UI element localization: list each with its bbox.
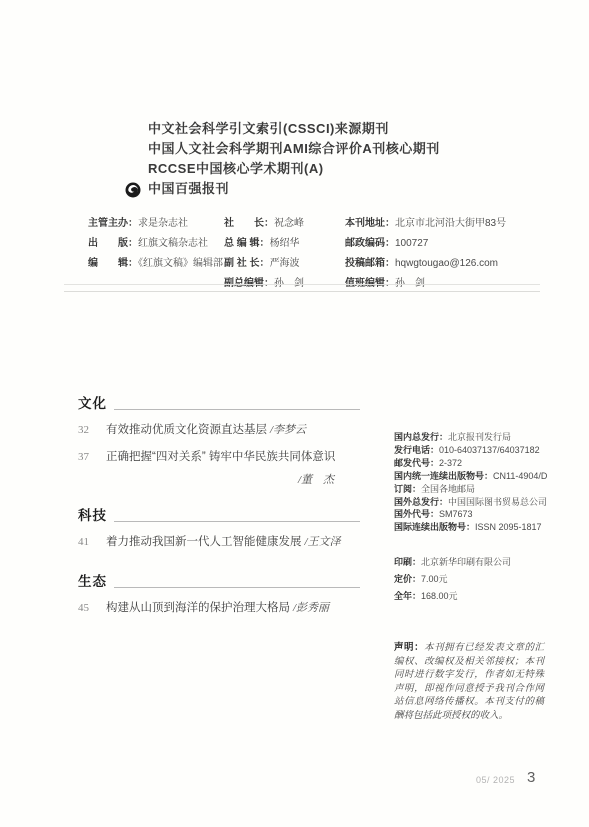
masthead-line: 邮政编码：100727: [345, 234, 506, 254]
masthead-column-publisher: 主管主办：求是杂志社 出 版：红旗文稿杂志社 编 辑：《红旗文稿》编辑部: [88, 214, 223, 274]
entry-author-row: /董 杰: [78, 469, 360, 490]
field-value: 北京市北河沿大街甲83号: [395, 218, 506, 229]
masthead-line: 副 社 长：严海波: [224, 254, 304, 274]
entry-title: 有效推动优质文化资源直达基层: [106, 417, 267, 444]
toc-section-culture: 文化 32 有效推动优质文化资源直达基层 /李梦云 37 正确把握“四对关系” …: [78, 391, 360, 490]
statement-text: 本刊拥有已经发表文章的汇编权、改编权及相关邻接权；本刊同时进行数字发行，作者如无…: [394, 643, 544, 721]
field-value: 严海波: [270, 258, 300, 269]
field-value: 红旗文稿杂志社: [138, 238, 208, 249]
honors-list: 中文社会科学引文索引(CSSCI)来源期刊 中国人文社会科学期刊AMI综合评价A…: [148, 119, 440, 199]
entry-title: 构建从山顶到海洋的保护治理大格局: [106, 595, 290, 622]
field-label: 出 版：: [88, 238, 138, 249]
info-line: 全年：168.00元: [394, 588, 546, 605]
field-label: 编 辑：: [88, 258, 138, 269]
field-value: 中国国际图书贸易总公司: [448, 497, 547, 507]
field-value: SM7673: [439, 509, 473, 519]
divider-rule: [64, 284, 540, 285]
section-heading: 文化: [78, 391, 360, 412]
toc-entry[interactable]: 41 着力推动我国新一代人工智能健康发展 /王文泽: [78, 529, 360, 556]
masthead-line: 编 辑：《红旗文稿》编辑部: [88, 254, 223, 274]
masthead-line: 投稿邮箱：hqwgtougao@126.com: [345, 254, 506, 274]
field-label: 总 编 辑：: [224, 238, 270, 249]
entry-author: /李梦云: [270, 417, 306, 444]
field-label: 国外代号：: [394, 509, 439, 519]
field-label: 全年：: [394, 591, 421, 601]
masthead-line: 主管主办：求是杂志社: [88, 214, 223, 234]
honor-badge-label: 中国百强报刊: [148, 179, 229, 199]
page-number: 3: [527, 769, 535, 786]
printing-block: 印刷：北京新华印刷有限公司 定价：7.00元 全年：168.00元: [394, 554, 546, 605]
field-value: 100727: [395, 238, 428, 249]
field-label: 投稿邮箱：: [345, 258, 395, 269]
field-label: 印刷：: [394, 557, 421, 567]
info-line: 国内统一连续出版物号：CN11-4904/D: [394, 470, 546, 483]
entry-page-number: 41: [78, 529, 106, 556]
info-line: 印刷：北京新华印刷有限公司: [394, 554, 546, 571]
field-value: CN11-4904/D: [493, 471, 547, 481]
entry-title: 着力推动我国新一代人工智能健康发展: [106, 529, 302, 556]
masthead-line: 出 版：红旗文稿杂志社: [88, 234, 223, 254]
field-label: 国外总发行：: [394, 497, 448, 507]
entry-page-number: 37: [78, 444, 106, 471]
honor-line: RCCSE中国核心学术期刊(A): [148, 159, 440, 179]
publication-info: 国内总发行：北京报刊发行局 发行电话：010-64037137/64037182…: [394, 431, 546, 723]
info-line: 国外代号：SM7673: [394, 508, 546, 521]
field-value: 7.00元: [421, 574, 448, 584]
info-line: 定价：7.00元: [394, 571, 546, 588]
field-label: 国内统一连续出版物号：: [394, 471, 493, 481]
section-title: 生态: [78, 570, 107, 590]
field-value: 全国各地邮局: [421, 484, 475, 494]
honor-line: 中文社会科学引文索引(CSSCI)来源期刊: [148, 119, 440, 139]
section-rule: [114, 587, 360, 588]
field-value: 010-64037137/64037182: [439, 445, 540, 455]
entry-page-number: 45: [78, 595, 106, 622]
field-label: 副 社 长：: [224, 258, 270, 269]
entry-author: /彭秀丽: [293, 595, 329, 622]
info-line: 发行电话：010-64037137/64037182: [394, 444, 546, 457]
field-value: 北京报刊发行局: [448, 432, 511, 442]
section-rule: [114, 409, 360, 410]
table-of-contents: 文化 32 有效推动优质文化资源直达基层 /李梦云 37 正确把握“四对关系” …: [78, 391, 360, 635]
field-value: 《红旗文稿》编辑部: [138, 258, 223, 269]
masthead-line: 总 编 辑：杨绍华: [224, 234, 304, 254]
info-line: 国外总发行：中国国际图书贸易总公司: [394, 496, 546, 509]
divider-rule: [64, 291, 540, 292]
field-label: 社 长：: [224, 218, 274, 229]
field-label: 定价：: [394, 574, 421, 584]
entry-author: /王文泽: [305, 529, 341, 556]
field-label: 国内总发行：: [394, 432, 448, 442]
field-value: 杨绍华: [270, 238, 300, 249]
info-line: 国内总发行：北京报刊发行局: [394, 431, 546, 444]
honor-line: 中国人文社会科学期刊AMI综合评价A刊核心期刊: [148, 139, 440, 159]
field-value: 求是杂志社: [138, 218, 188, 229]
issue-number: 05/ 2025: [476, 775, 515, 785]
masthead-column-editors: 社 长：祝念峰 总 编 辑：杨绍华 副 社 长：严海波 副总编辑：孙 剑: [224, 214, 304, 294]
hundred-strongest-seal-icon: [125, 182, 141, 198]
masthead-line: 社 长：祝念峰: [224, 214, 304, 234]
masthead-column-contact: 本刊地址：北京市北河沿大街甲83号 邮政编码：100727 投稿邮箱：hqwgt…: [345, 214, 506, 294]
field-label: 本刊地址：: [345, 218, 395, 229]
section-heading: 生态: [78, 569, 360, 590]
field-value: hqwgtougao@126.com: [395, 258, 498, 269]
field-value: ISSN 2095-1817: [475, 522, 542, 532]
info-line: 国际连续出版物号：ISSN 2095-1817: [394, 521, 546, 534]
copyright-statement: 声明：本刊拥有已经发表文章的汇编权、改编权及相关邻接权；本刊同时进行数字发行，作…: [394, 641, 544, 723]
section-title: 科技: [78, 504, 107, 524]
masthead-line: 本刊地址：北京市北河沿大街甲83号: [345, 214, 506, 234]
toc-entry[interactable]: 37 正确把握“四对关系” 铸牢中华民族共同体意识: [78, 444, 360, 471]
toc-section-ecology: 生态 45 构建从山顶到海洋的保护治理大格局 /彭秀丽: [78, 569, 360, 622]
field-label: 订阅：: [394, 484, 421, 494]
honor-badge-row: 中国百强报刊: [148, 179, 440, 199]
toc-entry[interactable]: 32 有效推动优质文化资源直达基层 /李梦云: [78, 417, 360, 444]
field-value: 祝念峰: [274, 218, 304, 229]
distribution-block: 国内总发行：北京报刊发行局 发行电话：010-64037137/64037182…: [394, 431, 546, 534]
field-label: 邮政编码：: [345, 238, 395, 249]
journal-contents-page: 中文社会科学引文索引(CSSCI)来源期刊 中国人文社会科学期刊AMI综合评价A…: [0, 0, 589, 827]
field-value: 168.00元: [421, 591, 458, 601]
info-line: 订阅：全国各地邮局: [394, 483, 546, 496]
section-rule: [114, 521, 360, 522]
statement-label: 声明：: [394, 642, 424, 653]
field-label: 主管主办：: [88, 218, 138, 229]
section-title: 文化: [78, 392, 107, 412]
toc-entry[interactable]: 45 构建从山顶到海洋的保护治理大格局 /彭秀丽: [78, 595, 360, 622]
entry-title: 正确把握“四对关系” 铸牢中华民族共同体意识: [106, 444, 335, 471]
field-label: 国际连续出版物号：: [394, 522, 475, 532]
field-label: 邮发代号：: [394, 458, 439, 468]
entry-page-number: 32: [78, 417, 106, 444]
section-heading: 科技: [78, 503, 360, 524]
info-line: 邮发代号：2-372: [394, 457, 546, 470]
toc-section-technology: 科技 41 着力推动我国新一代人工智能健康发展 /王文泽: [78, 503, 360, 556]
field-label: 发行电话：: [394, 445, 439, 455]
field-value: 2-372: [439, 458, 462, 468]
field-value: 北京新华印刷有限公司: [421, 557, 511, 567]
entry-author: /董 杰: [298, 474, 334, 486]
